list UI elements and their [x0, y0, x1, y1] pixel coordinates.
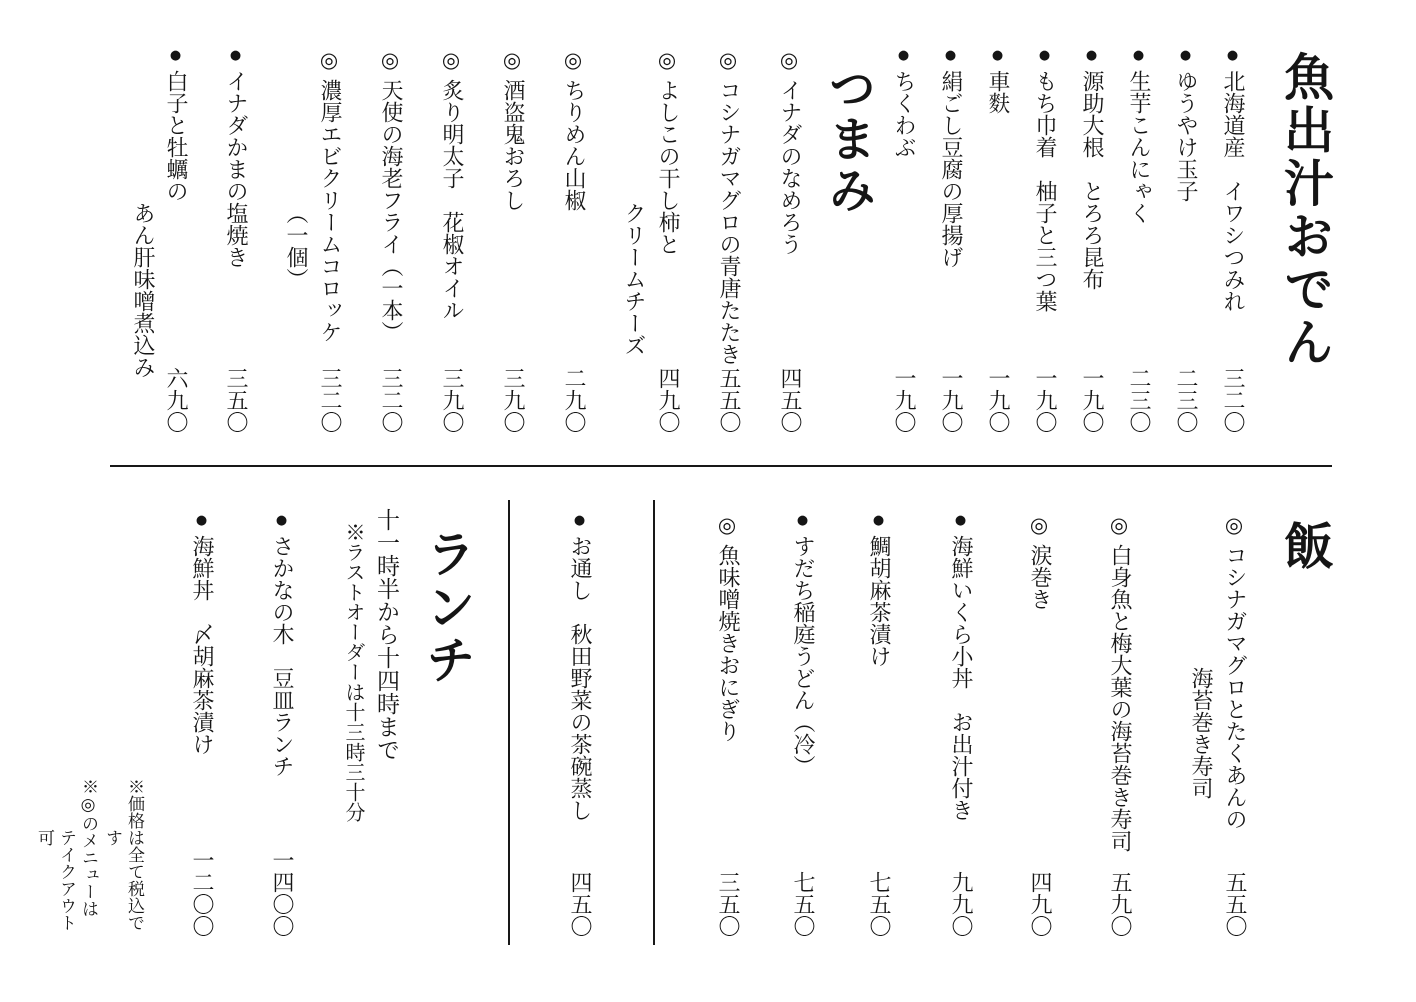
ring-bullet-icon: ◎	[777, 48, 801, 72]
dot-bullet-icon: ●	[1084, 48, 1099, 63]
dot-bullet-icon: ●	[953, 513, 968, 528]
lunch-hours-note: 十一時半から十四時まで	[372, 500, 399, 945]
menu-item: ●鯛胡麻茶漬け七五〇	[862, 500, 895, 945]
ring-bullet-icon: ◎	[1107, 513, 1131, 537]
menu-item: ●源助大根 とろろ昆布一九〇	[1075, 35, 1108, 435]
item-price: 六九〇	[159, 367, 192, 433]
tsumami-section-title: つまみ	[822, 35, 873, 435]
dot-bullet-icon: ●	[871, 513, 886, 528]
item-name: よしこの干し柿と クリームチーズ	[621, 79, 680, 356]
item-price: 三五〇	[219, 367, 252, 433]
item-price: 一九〇	[934, 367, 967, 433]
item-name: さかなの木 豆皿ランチ	[269, 535, 294, 777]
item-name: イナダかまの塩焼き	[223, 70, 248, 268]
item-name: 天使の海老フライ（一本）	[378, 79, 403, 343]
dot-bullet-icon: ●	[1131, 48, 1146, 63]
item-price: 一九〇	[1028, 367, 1061, 433]
item-name: 海鮮丼 〆胡麻茶漬け	[189, 535, 214, 755]
lunch-last-order-note: ※ラストオーダーは十三時三十分	[342, 500, 366, 945]
item-name: すだち稲庭うどん（冷）	[790, 535, 815, 777]
menu-item: ●ゆうやけ玉子二三〇	[1169, 35, 1202, 435]
dot-bullet-icon: ●	[228, 48, 243, 63]
item-name: 源助大根 とろろ昆布	[1079, 70, 1104, 290]
dot-bullet-icon: ●	[943, 48, 958, 63]
column-divider-line	[508, 500, 510, 945]
item-price: 二九〇	[557, 367, 590, 433]
dot-bullet-icon: ●	[896, 48, 911, 63]
item-name: 魚味噌焼きおにぎり	[715, 544, 740, 742]
ring-bullet-icon: ◎	[1222, 513, 1246, 537]
menu-item: ●すだち稲庭うどん（冷）七五〇	[786, 500, 819, 945]
item-price: 二三〇	[1122, 367, 1155, 433]
menu-item: ●お通し 秋田野菜の茶碗蒸し四五〇	[563, 500, 596, 945]
item-name: 白身魚と梅大葉の海苔巻き寿司	[1107, 544, 1132, 852]
item-name: もち巾着 柚子と三つ葉	[1032, 70, 1057, 312]
footnote-takeout: ※◎のメニューは テイクアウト可	[33, 500, 99, 945]
menu-top-section: 魚出汁おでん ●北海道産 イワシつみれ三二〇●ゆうやけ玉子二三〇●生芋こんにゃく…	[110, 35, 1332, 435]
menu-item: ◎酒盗鬼おろし三九〇	[495, 35, 529, 435]
menu-item: ◎コシナガマグロとたくあんの 海苔巻き寿司五五〇	[1184, 500, 1251, 945]
item-name: 炙り明太子 花椒オイル	[439, 79, 464, 321]
ring-bullet-icon: ◎	[715, 513, 739, 537]
menu-item: ◎魚味噌焼きおにぎり三五〇	[710, 500, 744, 945]
menu-item: ◎涙巻き四九〇	[1022, 500, 1056, 945]
item-name: 涙巻き	[1027, 544, 1052, 610]
dot-bullet-icon: ●	[1178, 48, 1193, 63]
ring-bullet-icon: ◎	[1027, 513, 1051, 537]
item-name: イナダのなめろう	[777, 79, 802, 255]
item-name: コシナガマグロの青唐たたき	[716, 79, 741, 365]
footnote-text: ※価格は全て税込です	[101, 778, 145, 945]
item-price: 七五〇	[862, 871, 895, 937]
item-name: 海鮮いくら小丼 お出汁付き	[948, 535, 973, 821]
item-price: 四九〇	[651, 367, 684, 433]
item-price: 三五〇	[711, 871, 744, 937]
menu-item: ◎ちりめん山椒二九〇	[556, 35, 590, 435]
item-price: 一九〇	[887, 367, 920, 433]
ring-bullet-icon: ◎	[561, 48, 585, 72]
menu-item: ●車麩一九〇	[981, 35, 1014, 435]
menu-item: ●生芋こんにゃく二三〇	[1122, 35, 1155, 435]
dot-bullet-icon: ●	[572, 513, 587, 528]
dot-bullet-icon: ●	[795, 513, 810, 528]
lunch-section-title: ランチ	[421, 500, 474, 945]
menu-item: ●絹ごし豆腐の厚揚げ一九〇	[934, 35, 967, 435]
item-price: 一九〇	[981, 367, 1014, 433]
ring-bullet-icon: ◎	[655, 48, 679, 72]
menu-item: ◎よしこの干し柿と クリームチーズ四九〇	[617, 35, 684, 435]
menu-item: ◎イナダのなめろう四五〇	[772, 35, 806, 435]
item-name: 生芋こんにゃく	[1126, 70, 1151, 224]
item-name: 絹ごし豆腐の厚揚げ	[938, 70, 963, 268]
item-price: 五五〇	[712, 367, 745, 433]
menu-bottom-section: 飯 ◎コシナガマグロとたくあんの 海苔巻き寿司五五〇◎白身魚と梅大葉の海苔巻き寿…	[85, 500, 1332, 945]
menu-item: ●イナダかまの塩焼き三五〇	[219, 35, 252, 435]
item-name: 北海道産 イワシつみれ	[1220, 70, 1245, 312]
item-price: 五五〇	[1218, 871, 1251, 937]
item-price: 九九〇	[944, 871, 977, 937]
item-price: 三二〇	[313, 367, 346, 433]
dot-bullet-icon: ●	[168, 48, 183, 63]
dot-bullet-icon: ●	[1225, 48, 1240, 63]
footnote-tax: ※価格は全て税込です	[101, 500, 145, 945]
item-price: 三九〇	[435, 367, 468, 433]
item-price: 三二〇	[1216, 367, 1249, 433]
menu-item: ●白子と牡蠣の あん肝味噌煮込み六九〇	[126, 35, 192, 435]
item-name: 白子と牡蠣の あん肝味噌煮込み	[130, 70, 188, 378]
item-price: 五九〇	[1103, 871, 1136, 937]
column-divider-line	[653, 500, 655, 945]
item-price: 四五〇	[773, 367, 806, 433]
menu-item: ●海鮮いくら小丼 お出汁付き九九〇	[944, 500, 977, 945]
ring-bullet-icon: ◎	[500, 48, 524, 72]
item-name: 車麩	[985, 70, 1010, 114]
menu-item: ◎炙り明太子 花椒オイル三九〇	[434, 35, 468, 435]
item-price: 三二〇	[374, 367, 407, 433]
menu-item: ●ちくわぶ一九〇	[887, 35, 920, 435]
ring-bullet-icon: ◎	[317, 48, 341, 72]
item-price: 一四〇〇	[265, 849, 298, 937]
item-name: 酒盗鬼おろし	[500, 79, 525, 211]
item-name: ゆうやけ玉子	[1173, 70, 1198, 202]
item-price: 二三〇	[1169, 367, 1202, 433]
item-name: ちくわぶ	[891, 70, 916, 158]
oden-section-title: 魚出汁おでん	[1279, 35, 1332, 435]
menu-item: ◎コシナガマグロの青唐たたき五五〇	[711, 35, 745, 435]
item-price: 四九〇	[1023, 871, 1056, 937]
item-name: ちりめん山椒	[561, 79, 586, 211]
item-price: 一九〇	[1075, 367, 1108, 433]
item-price: 四五〇	[563, 871, 596, 937]
menu-item: ◎白身魚と梅大葉の海苔巻き寿司五九〇	[1102, 500, 1136, 945]
item-name: 濃厚エビクリームコロッケ （一個）	[283, 79, 342, 343]
menu-item: ●北海道産 イワシつみれ三二〇	[1216, 35, 1249, 435]
dot-bullet-icon: ●	[1037, 48, 1052, 63]
dot-bullet-icon: ●	[194, 513, 209, 528]
menu-item: ◎天使の海老フライ（一本）三二〇	[373, 35, 407, 435]
ring-bullet-icon: ◎	[716, 48, 740, 72]
meshi-section-title: 飯	[1279, 500, 1332, 945]
menu-item: ●海鮮丼 〆胡麻茶漬け一二〇〇	[185, 500, 218, 945]
section-divider-line	[110, 465, 1332, 467]
dot-bullet-icon: ●	[274, 513, 289, 528]
item-price: 七五〇	[786, 871, 819, 937]
item-name: コシナガマグロとたくあんの 海苔巻き寿司	[1188, 544, 1247, 830]
ring-bullet-icon: ◎	[439, 48, 463, 72]
item-name: 鯛胡麻茶漬け	[866, 535, 891, 667]
menu-item: ●もち巾着 柚子と三つ葉一九〇	[1028, 35, 1061, 435]
ring-bullet-icon: ◎	[378, 48, 402, 72]
item-price: 三九〇	[496, 367, 529, 433]
item-price: 一二〇〇	[185, 849, 218, 937]
footnote-text: ※◎のメニューは テイクアウト可	[33, 778, 99, 945]
dot-bullet-icon: ●	[990, 48, 1005, 63]
menu-item: ●さかなの木 豆皿ランチ一四〇〇	[265, 500, 298, 945]
item-name: お通し 秋田野菜の茶碗蒸し	[567, 535, 592, 821]
menu-item: ◎濃厚エビクリームコロッケ （一個）三二〇	[279, 35, 346, 435]
